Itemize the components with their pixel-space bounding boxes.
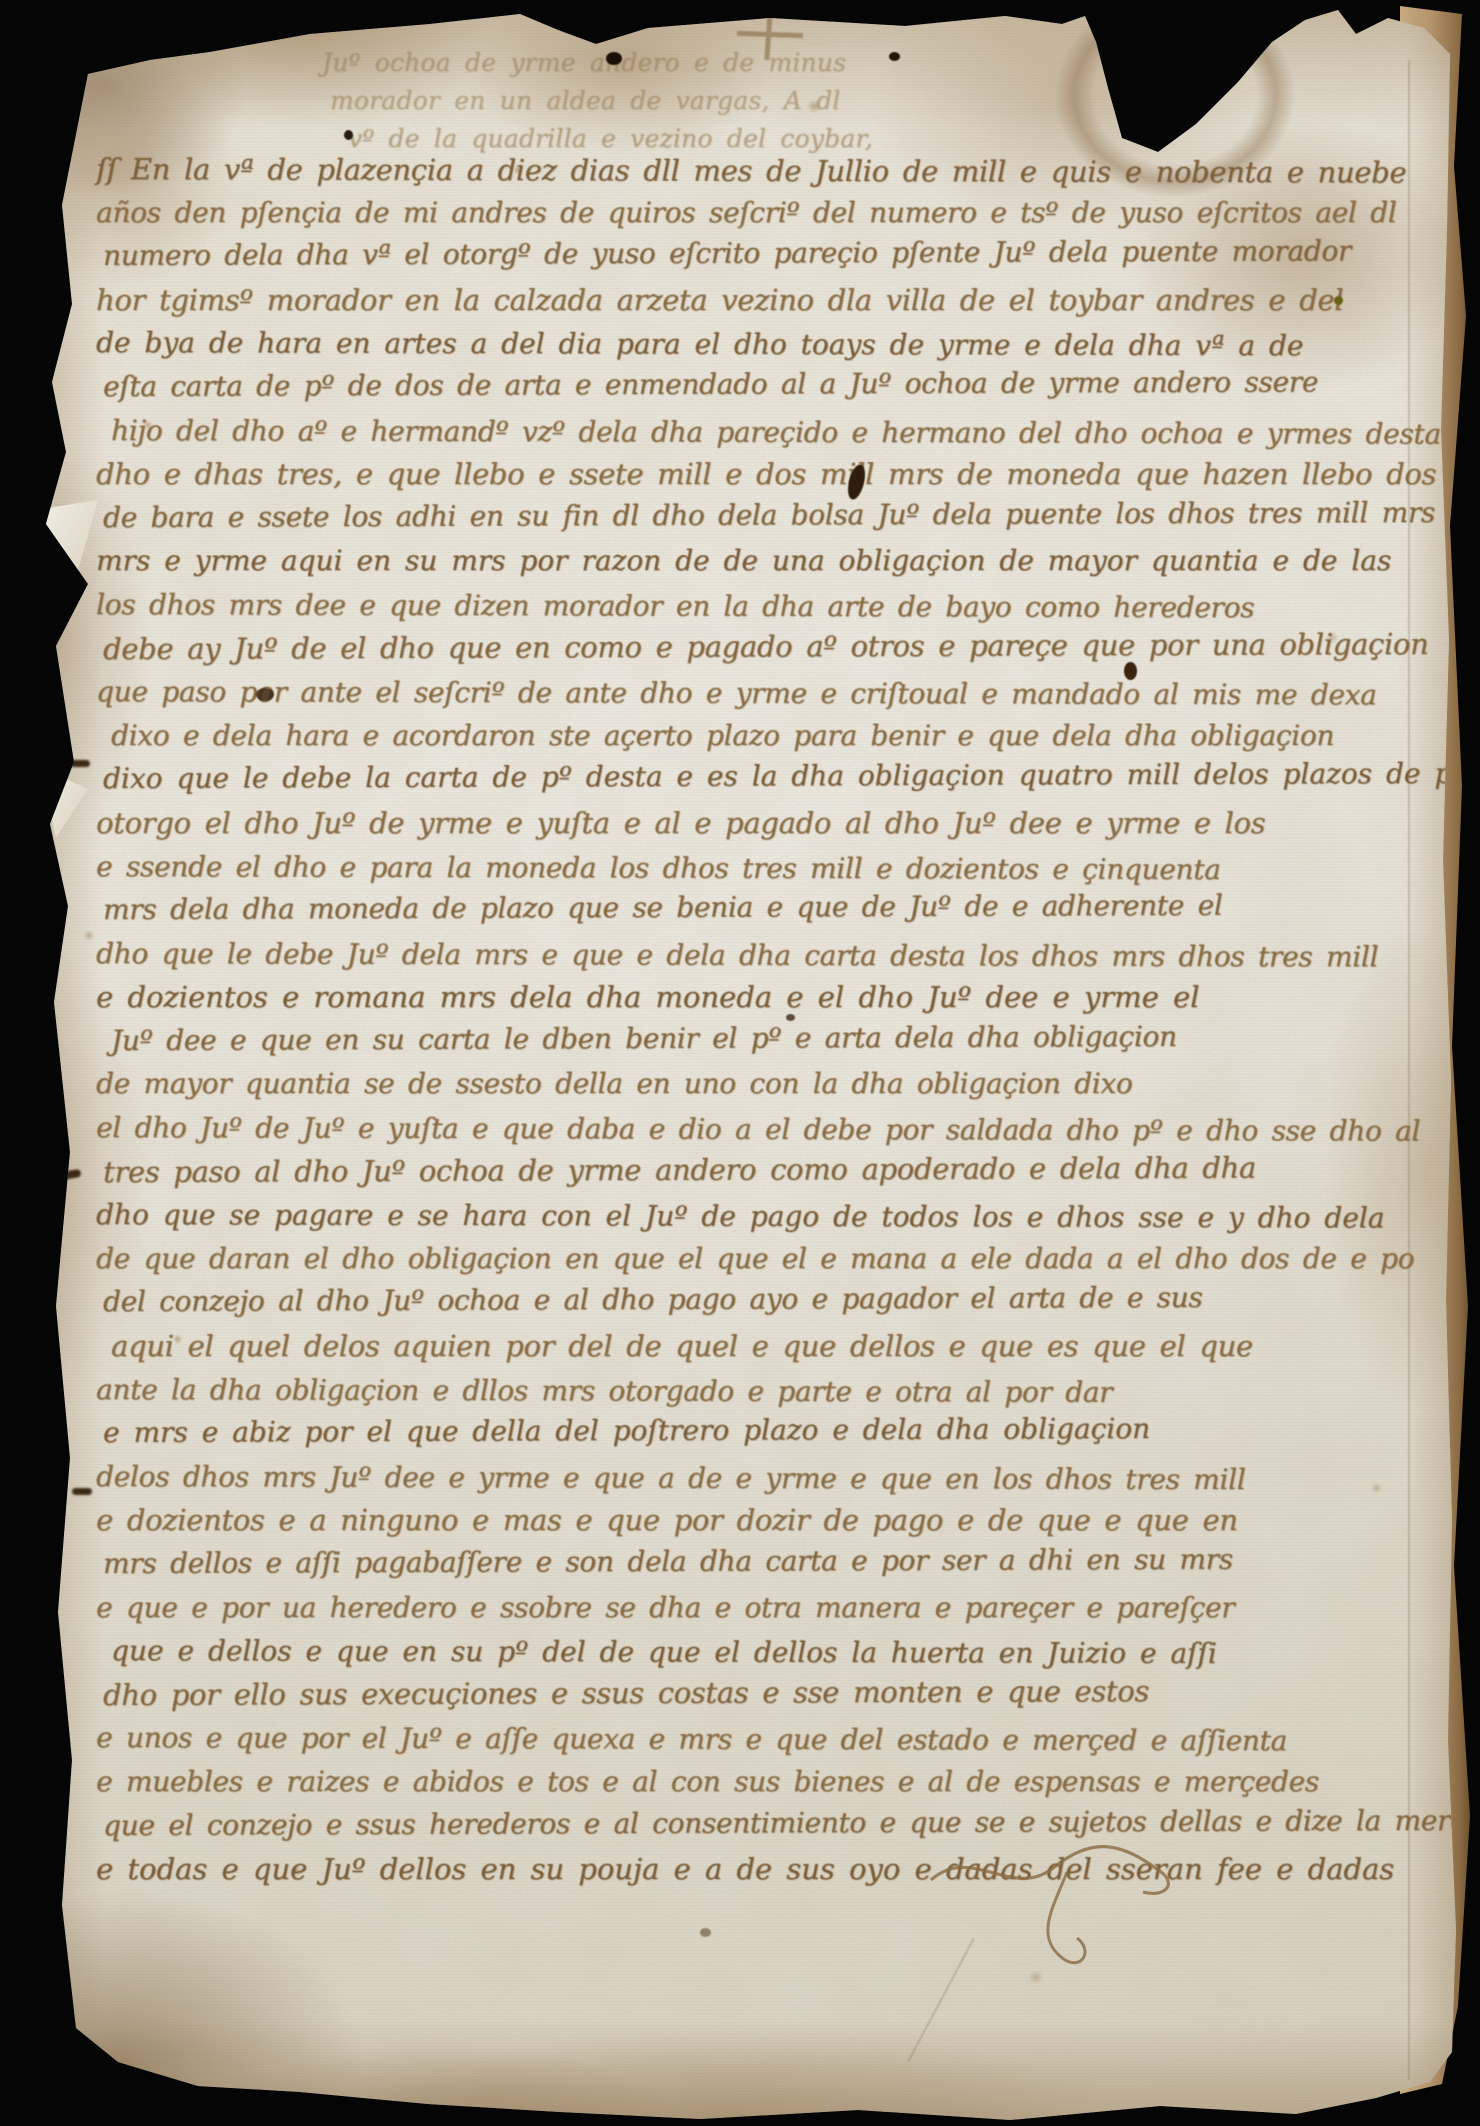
manuscript-line: ſſ En la vª de plazençia a diez dias dll… [96,152,1406,199]
manuscript-line: e mrs e abiz por el que della del poſtre… [103,1411,1406,1460]
manuscript-line: dho que se pagare e se hara con el Juº d… [96,1198,1406,1245]
manuscript-line: hijo del dho aº e hermandº vzº dela dha … [111,414,1406,461]
manuscript-line: e todas e que Juº dellos en su pouja e a… [96,1852,1406,1896]
manuscript-line: e unos e que por el Juº e aſſe quexa e m… [96,1721,1406,1768]
manuscript-line: dho que le debe Juº dela mrs e que e del… [96,937,1406,984]
manuscript-line: otorgo el dho Juº de yrme e yuſta e al e… [96,806,1406,850]
manuscript-line: Juº dee e que en su carta le dben benir … [111,1019,1406,1068]
manuscript-line: eſta carta de pº de dos de arta e enmend… [103,365,1406,414]
ink-blot [344,130,353,140]
ink-blot [1334,296,1343,305]
manuscript-line: mrs e yrme aqui en su mrs por razon de d… [96,544,1406,588]
manuscript-line: mrs dellos e aſſi pagabaſſere e son dela… [103,1542,1406,1591]
ink-blot [1124,662,1137,680]
body-block: ſſ En la vª de plazençia a diez dias dll… [96,152,1406,1896]
manuscript-line: del conzejo al dho Juº ochoa e al dho pa… [103,1280,1406,1329]
manuscript-line: numero dela dha vª el otorgº de yuso eſc… [103,234,1406,283]
manuscript-line: de mayor quantia se de ssesto della en u… [96,1067,1406,1111]
manuscript-header-line: morador en un aldea de vargas, A dl [330,86,1142,124]
manuscript-line: que el conzejo e ssus herederos e al con… [103,1804,1406,1853]
manuscript-line: años den pſençia de mi andres de quiros … [96,196,1406,240]
manuscript-line: debe ay Juº de el dho que en como e paga… [103,627,1406,676]
manuscript-line: dho por ello sus execuçiones e ssus cost… [103,1673,1406,1722]
binding-hole [70,760,90,767]
cross-mark [735,6,805,68]
manuscript-line: dixo que le debe la carta de pº desta e … [103,757,1406,806]
photograph-background: Juº ochoa de yrme andero e de minusmorad… [0,0,1480,2126]
manuscript-line: dho e dhas tres, e que llebo e ssete mil… [96,457,1406,501]
rubric-flourish [925,1842,1195,1972]
manuscript-line: hor tgimsº morador en la calzada arzeta … [96,283,1406,327]
manuscript-line: e dozientos e a ninguno e mas e que por … [96,1503,1406,1547]
manuscript-line: de que daran el dho obligaçion en que el… [96,1242,1406,1286]
manuscript-line: tres paso al dho Juº ochoa de yrme ander… [103,1150,1406,1199]
manuscript-line: mrs dela dha moneda de plazo que se beni… [103,888,1406,937]
manuscript-line: que paso por ante el seſcriº de ante dho… [96,675,1406,722]
ink-blot [256,688,274,701]
manuscript-header-line: Juº ochoa de yrme andero e de minus [322,48,1142,86]
manuscript-line: aqui el quel delos aquien por del de que… [111,1329,1406,1373]
manuscript-text-layer: Juº ochoa de yrme andero e de minusmorad… [0,0,1480,2126]
manuscript-line: e muebles e raizes e abidos e tos e al c… [96,1765,1406,1809]
manuscript-line: dixo e dela hara e acordaron ste açerto … [111,719,1406,763]
ink-blot [889,52,900,61]
manuscript-line: e dozientos e romana mrs dela dha moneda… [96,980,1406,1024]
manuscript-line: delos dhos mrs Juº dee e yrme e que a de… [96,1460,1406,1507]
manuscript-line: de bara e ssete los adhi en su fin dl dh… [103,496,1406,545]
header-block: Juº ochoa de yrme andero e de minusmorad… [322,48,1142,162]
manuscript-line: e que e por ua heredero e ssobre se dha … [96,1591,1406,1635]
ink-blot [700,1928,711,1937]
manuscript-page: Juº ochoa de yrme andero e de minusmorad… [0,0,1480,2126]
ink-blot [786,1014,795,1021]
binding-hole [72,1488,92,1495]
ink-blot [606,52,622,65]
